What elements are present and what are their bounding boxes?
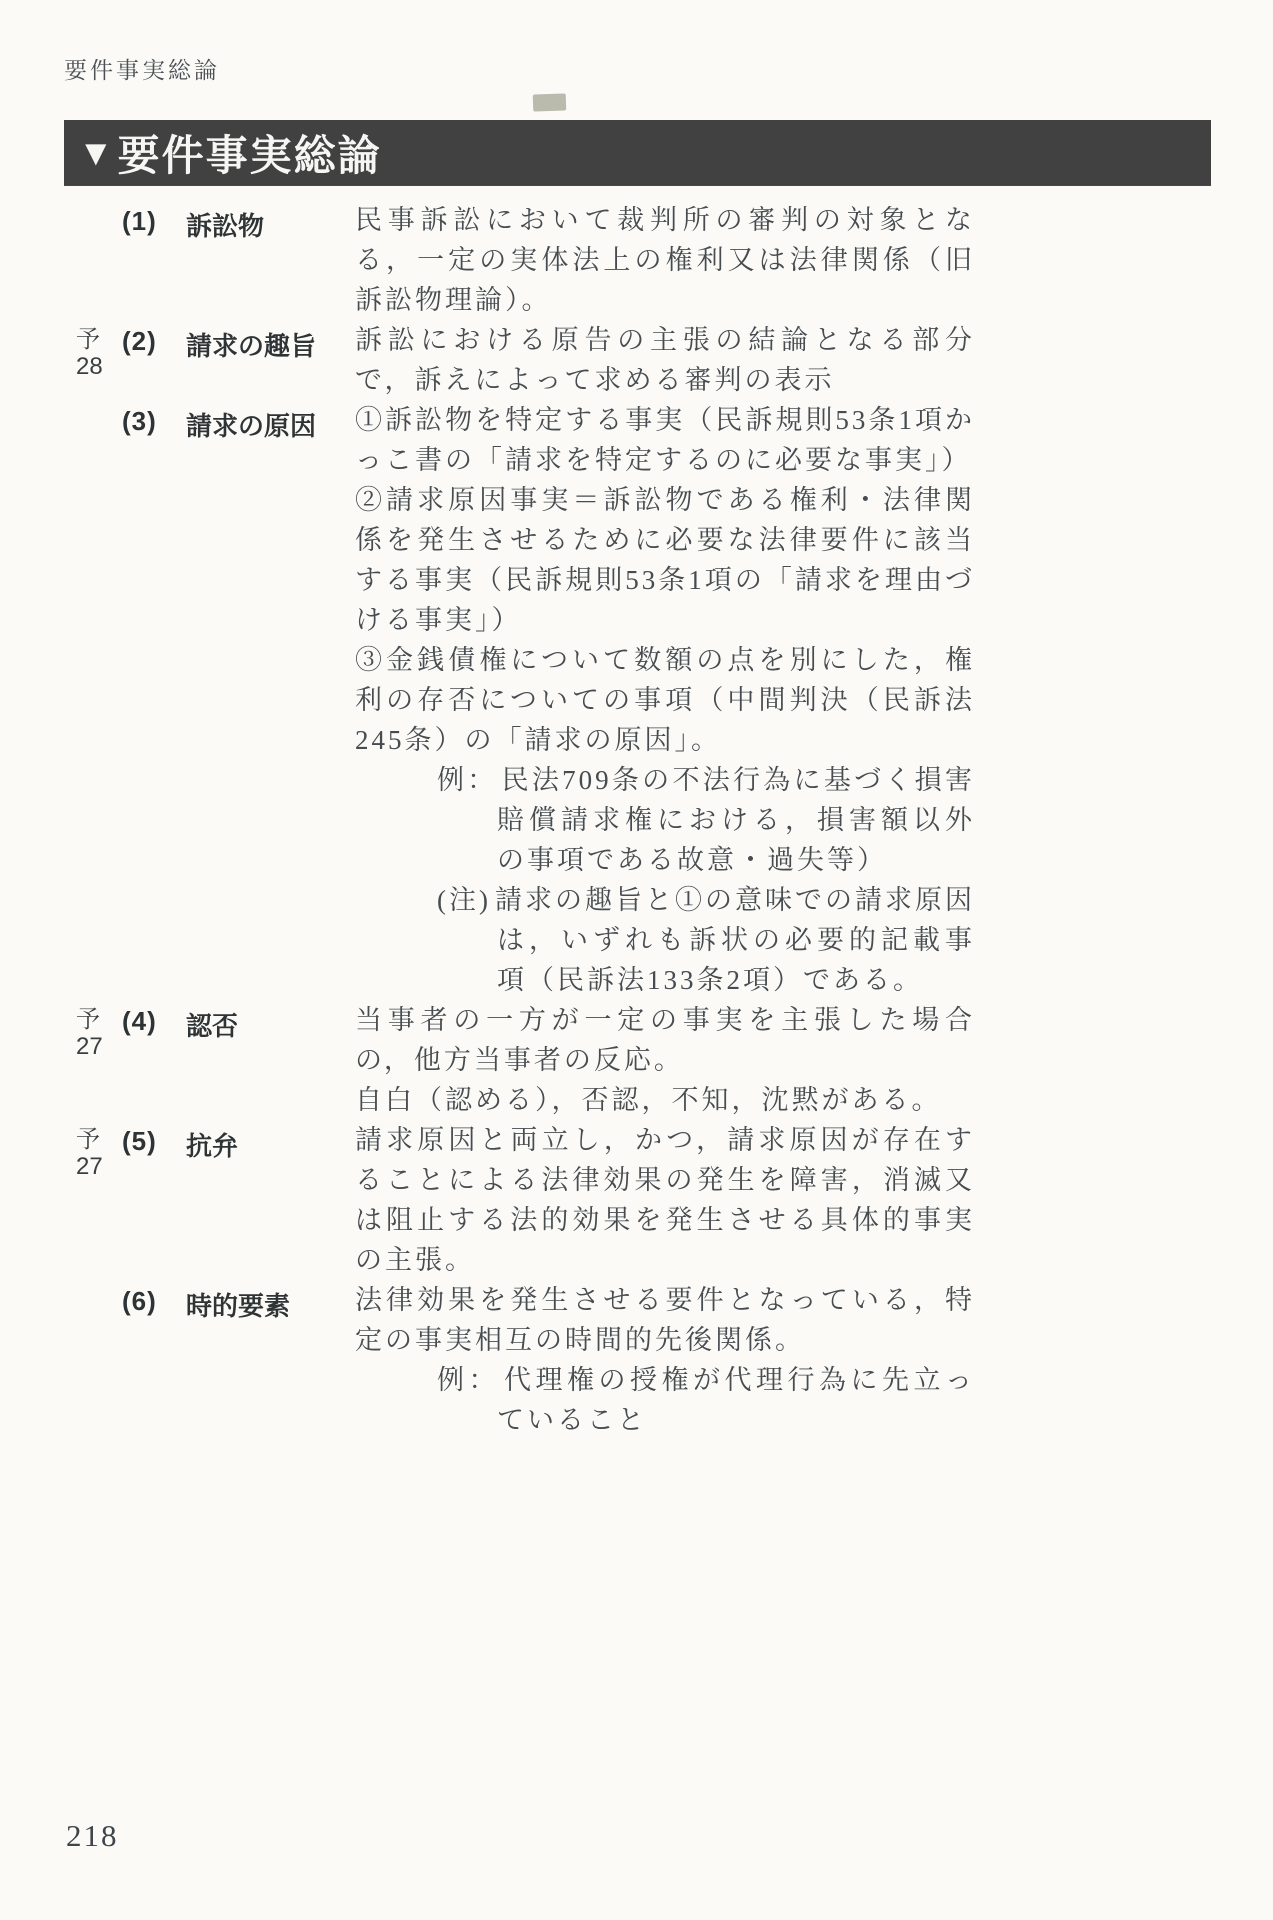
margin-tag: 予28 xyxy=(64,320,122,380)
section-banner-title: 要件事実総論 xyxy=(118,123,382,183)
entry-heading: (4)認否 xyxy=(122,1000,355,1043)
plain-paragraph: ①訴訟物を特定する事実（民訴規則53条1項かっこ書の「請求を特定するのに必要な事… xyxy=(355,400,975,480)
margin-tag xyxy=(64,1280,122,1286)
glossary-entry: 予27(4)認否当事者の一方が一定の事実を主張した場合の，他方当事者の反応。自白… xyxy=(64,1000,1211,1120)
entry-number: (2) xyxy=(122,326,186,363)
plain-paragraph: ③金銭債権について数額の点を別にした，権利の存否についての事項（中間判決（民訴法… xyxy=(355,640,975,760)
triangle-section-marker-icon: ▼ xyxy=(78,132,116,174)
note-paragraph: (注)請求の趣旨と①の意味での請求原因は，いずれも訴状の必要的記載事項（民訴法1… xyxy=(437,880,975,1000)
entry-definition: 当事者の一方が一定の事実を主張した場合の，他方当事者の反応。自白（認める），否認… xyxy=(355,1000,975,1120)
page-number: 218 xyxy=(66,1818,119,1854)
margin-tag-mark: 予 xyxy=(76,1126,122,1153)
margin-tag: 予27 xyxy=(64,1120,122,1180)
margin-tag xyxy=(64,400,122,406)
plain-paragraph: 請求原因と両立し，かつ，請求原因が存在することによる法律効果の発生を障害，消滅又… xyxy=(355,1120,975,1280)
entry-definition: 訴訟における原告の主張の結論となる部分で，訴えによって求める審判の表示 xyxy=(355,320,975,400)
glossary-entry: 予28(2)請求の趣旨訴訟における原告の主張の結論となる部分で，訴えによって求め… xyxy=(64,320,1211,400)
example-paragraph: 例：民法709条の不法行為に基づく損害賠償請求権における，損害額以外の事項である… xyxy=(437,760,975,880)
paragraph-label: 例： xyxy=(437,1365,500,1395)
margin-tag-mark: 予 xyxy=(76,326,122,353)
margin-tag-number: 27 xyxy=(76,1033,122,1060)
entry-term: 抗弁 xyxy=(186,1126,238,1163)
plain-paragraph: 当事者の一方が一定の事実を主張した場合の，他方当事者の反応。 xyxy=(355,1000,975,1080)
glossary-entry: (1)訴訟物民事訴訟において裁判所の審判の対象となる，一定の実体法上の権利又は法… xyxy=(64,200,1211,320)
entry-definition: 法律効果を発生させる要件となっている，特定の事実相互の時間的先後関係。例：代理権… xyxy=(355,1280,975,1440)
entry-number: (5) xyxy=(122,1126,186,1163)
entry-number: (1) xyxy=(122,206,186,243)
glossary-entry: 予27(5)抗弁請求原因と両立し，かつ，請求原因が存在することによる法律効果の発… xyxy=(64,1120,1211,1280)
entry-definition: 民事訴訟において裁判所の審判の対象となる，一定の実体法上の権利又は法律関係（旧訴… xyxy=(355,200,975,320)
entry-term: 訴訟物 xyxy=(186,206,264,243)
glossary-entry: (3)請求の原因①訴訟物を特定する事実（民訴規則53条1項かっこ書の「請求を特定… xyxy=(64,400,1211,1000)
entry-heading: (3)請求の原因 xyxy=(122,400,355,443)
running-header: 要件事実総論 xyxy=(64,52,220,85)
plain-paragraph: 法律効果を発生させる要件となっている，特定の事実相互の時間的先後関係。 xyxy=(355,1280,975,1360)
entry-heading: (2)請求の趣旨 xyxy=(122,320,355,363)
entry-heading: (1)訴訟物 xyxy=(122,200,355,243)
glossary-entry: (6)時的要素法律効果を発生させる要件となっている，特定の事実相互の時間的先後関… xyxy=(64,1280,1211,1440)
entry-number: (3) xyxy=(122,406,186,443)
entry-heading: (5)抗弁 xyxy=(122,1120,355,1163)
entry-term: 時的要素 xyxy=(186,1286,290,1323)
glossary-list: (1)訴訟物民事訴訟において裁判所の審判の対象となる，一定の実体法上の権利又は法… xyxy=(64,200,1211,1440)
entry-term: 請求の趣旨 xyxy=(186,326,316,363)
scan-artifact xyxy=(533,93,567,111)
margin-tag: 予27 xyxy=(64,1000,122,1060)
section-banner: ▼ 要件事実総論 xyxy=(64,120,1211,186)
entry-term: 請求の原因 xyxy=(186,406,316,443)
entry-definition: 請求原因と両立し，かつ，請求原因が存在することによる法律効果の発生を障害，消滅又… xyxy=(355,1120,975,1280)
margin-tag xyxy=(64,200,122,206)
example-paragraph: 例：代理権の授権が代理行為に先立っていること xyxy=(437,1360,975,1440)
margin-tag-mark: 予 xyxy=(76,1006,122,1033)
plain-paragraph: ②請求原因事実＝訴訟物である権利・法律関係を発生させるために必要な法律要件に該当… xyxy=(355,480,975,640)
margin-tag-number: 27 xyxy=(76,1153,122,1180)
plain-paragraph: 自白（認める），否認，不知，沈黙がある。 xyxy=(355,1080,975,1120)
plain-paragraph: 訴訟における原告の主張の結論となる部分で，訴えによって求める審判の表示 xyxy=(355,320,975,400)
paragraph-label: (注) xyxy=(437,885,491,915)
paragraph-label: 例： xyxy=(437,765,498,795)
entry-number: (4) xyxy=(122,1006,186,1043)
entry-number: (6) xyxy=(122,1286,186,1323)
plain-paragraph: 民事訴訟において裁判所の審判の対象となる，一定の実体法上の権利又は法律関係（旧訴… xyxy=(355,200,975,320)
entry-heading: (6)時的要素 xyxy=(122,1280,355,1323)
entry-term: 認否 xyxy=(186,1006,238,1043)
margin-tag-number: 28 xyxy=(76,353,122,380)
entry-definition: ①訴訟物を特定する事実（民訴規則53条1項かっこ書の「請求を特定するのに必要な事… xyxy=(355,400,975,1000)
